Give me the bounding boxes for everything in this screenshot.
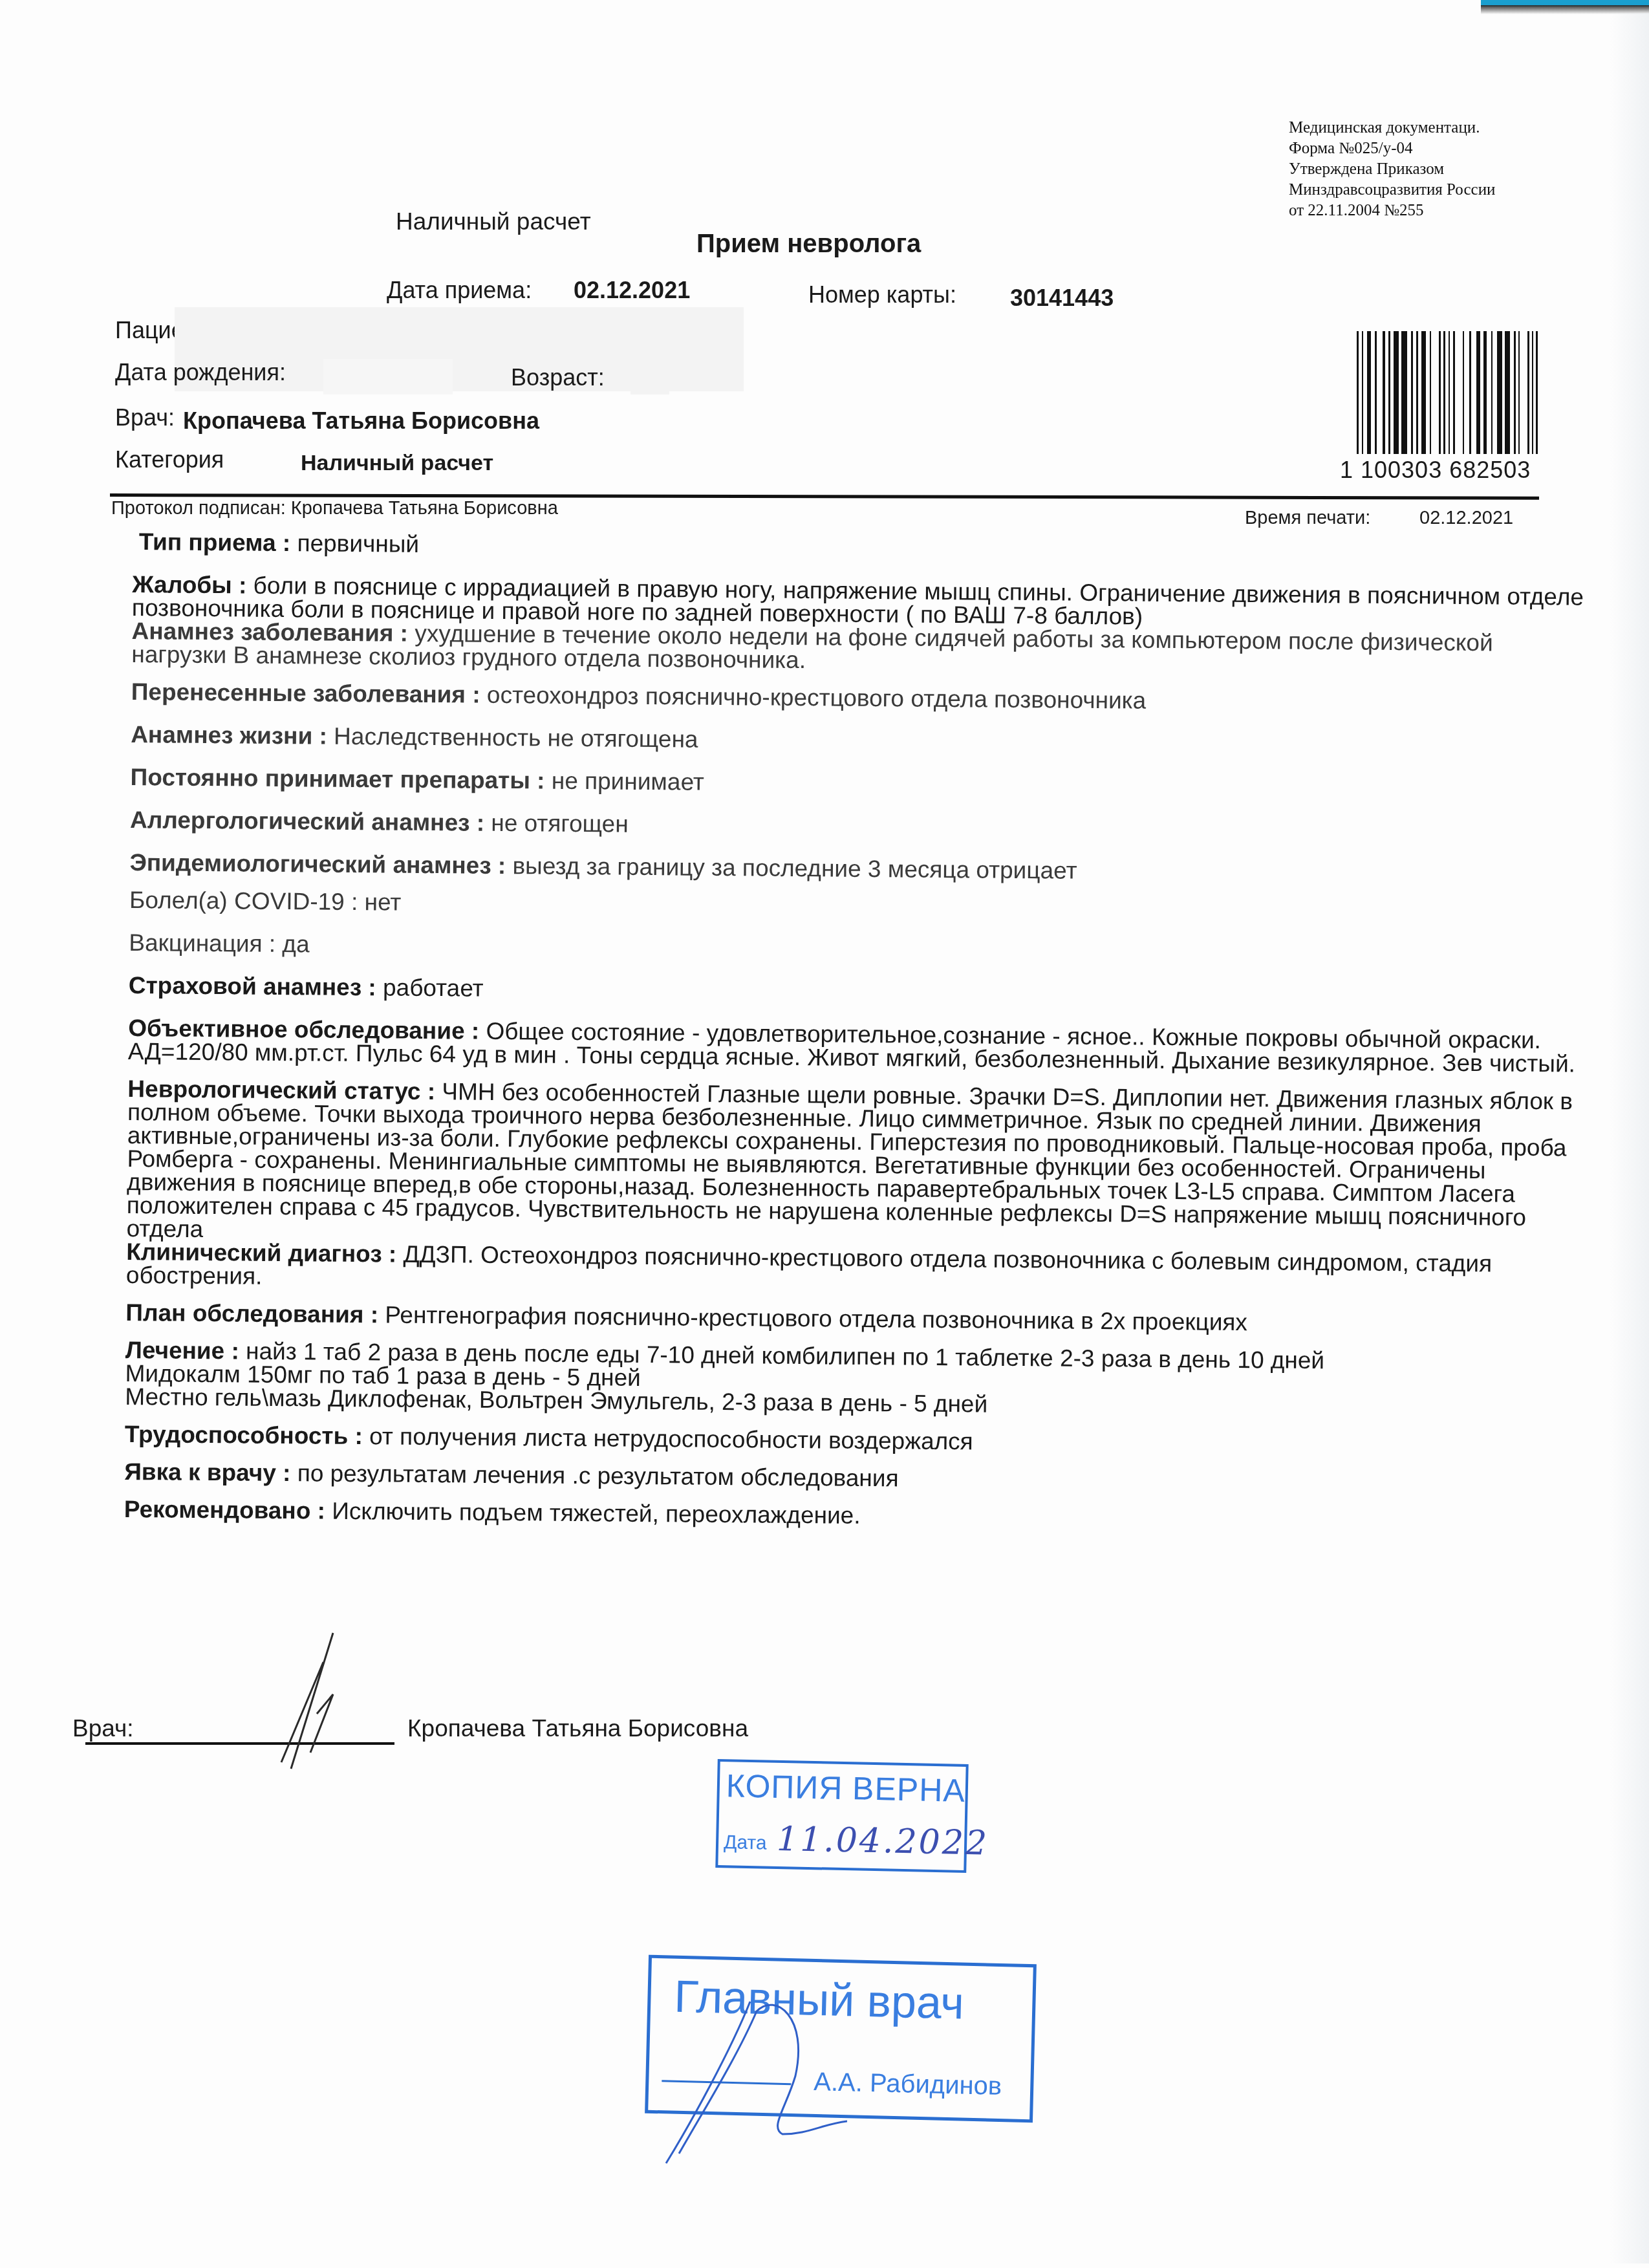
form-note-line: Медицинская документаци.: [1289, 118, 1495, 138]
stamp-copy-date-label: Дата: [724, 1831, 767, 1854]
visit-date-value: 02.12.2021: [574, 277, 690, 304]
form-note-line: Минздравсоцразвития России: [1289, 180, 1495, 200]
doctor-label: Врач:: [115, 404, 175, 431]
doctor-signature-icon: [272, 1630, 388, 1772]
form-note-line: от 22.11.2004 №255: [1289, 200, 1495, 221]
chief-signature-icon: [653, 1998, 847, 2166]
signed-by: Протокол подписан: Кропачева Татьяна Бор…: [111, 498, 558, 519]
card-number-label: Номер карты:: [808, 281, 956, 308]
card-number-value: 30141443: [1010, 285, 1114, 312]
doctor-name: Кропачева Татьяна Борисовна: [183, 407, 539, 435]
section-neuro-status: Неврологический статус : ЧМН без особенн…: [126, 1077, 1582, 1253]
redacted-age: [630, 359, 669, 394]
redacted-dob: [323, 359, 453, 394]
signature-doctor-name: Кропачева Татьяна Борисовна: [407, 1715, 748, 1742]
signature-label: Врач:: [72, 1715, 134, 1742]
form-note-line: Форма №025/у-04: [1289, 138, 1495, 159]
stamp-copy-date: 11.04.2022: [777, 1820, 989, 1863]
barcode-bars: [1357, 331, 1538, 454]
document-title: Прием невролога: [696, 230, 921, 259]
stamp-copy-certified: КОПИЯ ВЕРНА Дата 11.04.2022: [715, 1759, 968, 1873]
print-time-label: Время печати:: [1245, 508, 1370, 529]
page-edge-shade: [1610, 13, 1649, 2263]
payment-type-top: Наличный расчет: [396, 208, 591, 235]
category-value: Наличный расчет: [301, 451, 493, 476]
form-note-line: Утверждена Приказом: [1289, 159, 1495, 180]
age-label: Возраст:: [511, 364, 605, 391]
barcode: [1357, 331, 1538, 464]
barcode-number: 1 100303 682503: [1340, 457, 1531, 484]
visit-date-label: Дата приема:: [387, 277, 532, 304]
dob-label: Дата рождения:: [115, 359, 286, 386]
category-label: Категория: [115, 446, 224, 473]
protocol-body: Тип приема : первичный Жалобы : боли в п…: [124, 530, 1588, 1534]
print-time-value: 02.12.2021: [1419, 508, 1513, 529]
stamp-copy-title: КОПИЯ ВЕРНА: [726, 1767, 965, 1809]
form-approval-note: Медицинская документаци. Форма №025/у-04…: [1289, 118, 1495, 221]
